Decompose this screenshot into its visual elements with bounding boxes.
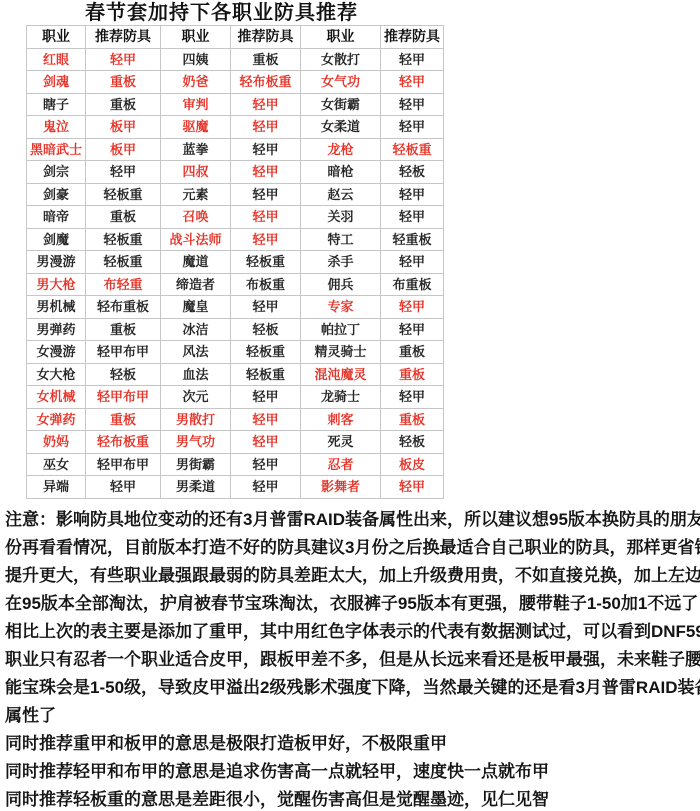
armor-cell: 轻甲 [381, 93, 444, 116]
note-line: 注意：影响防具地位变动的还有3月普雷RAID装备属性出来，所以建议想95版本换防… [5, 506, 698, 534]
armor-cell: 轻甲 [231, 296, 301, 319]
armor-cell: 轻甲 [231, 453, 301, 476]
armor-cell: 轻板 [231, 318, 301, 341]
table-row: 奶妈轻布板重男气功轻甲死灵轻板 [27, 431, 444, 454]
job-cell: 瞎子 [27, 93, 86, 116]
table-row: 暗帝重板召唤轻甲关羽轻甲 [27, 206, 444, 229]
armor-cell: 轻板重 [86, 183, 161, 206]
table-row: 男机械轻布重板魔皇轻甲专家轻甲 [27, 296, 444, 319]
note-line: 同时推荐轻板重的意思是差距很小，觉醒伤害高但是觉醒墨迹，见仁见智 [5, 786, 698, 811]
armor-cell: 轻甲 [381, 71, 444, 94]
job-cell: 魔皇 [161, 296, 231, 319]
job-cell: 战斗法师 [161, 228, 231, 251]
job-cell: 女散打 [301, 48, 381, 71]
armor-cell: 轻布板重 [86, 431, 161, 454]
table-row: 剑宗轻甲四叔轻甲暗枪轻板 [27, 161, 444, 184]
armor-cell: 轻甲 [231, 431, 301, 454]
armor-cell: 轻甲 [381, 476, 444, 499]
note-line: 相比上次的表主要是添加了重甲，其中用红色字体表示的代表有数据测试过，可以看到DN… [5, 618, 698, 646]
armor-cell: 轻甲布甲 [86, 386, 161, 409]
table-row: 女弹药重板男散打轻甲刺客重板 [27, 408, 444, 431]
job-cell: 四姨 [161, 48, 231, 71]
table-row: 剑魔轻板重战斗法师轻甲特工轻重板 [27, 228, 444, 251]
job-cell: 魔道 [161, 251, 231, 274]
job-cell: 召唤 [161, 206, 231, 229]
table-row: 红眼轻甲四姨重板女散打轻甲 [27, 48, 444, 71]
table-row: 女机械轻甲布甲次元轻甲龙骑士轻甲 [27, 386, 444, 409]
armor-cell: 轻甲 [381, 296, 444, 319]
page: 春节套加持下各职业防具推荐 职业推荐防具职业推荐防具职业推荐防具 红眼轻甲四姨重… [0, 0, 700, 811]
note-line: 提升更大，有些职业最强跟最弱的防具差距太大，加上升级费用贵，不如直接兑换，加上左… [5, 562, 698, 590]
job-cell: 蓝拳 [161, 138, 231, 161]
armor-cell: 布板重 [231, 273, 301, 296]
table-header-cell: 推荐防具 [231, 26, 301, 49]
armor-cell: 轻甲 [231, 228, 301, 251]
job-cell: 血法 [161, 363, 231, 386]
table-row: 女大枪轻板血法轻板重混沌魔灵重板 [27, 363, 444, 386]
job-cell: 专家 [301, 296, 381, 319]
note-line: 职业只有忍者一个职业适合皮甲，跟板甲差不多，但是从长远来看还是板甲最强，未来鞋子… [5, 646, 698, 674]
armor-cell: 轻板重 [231, 341, 301, 364]
armor-cell: 轻甲 [381, 318, 444, 341]
job-cell: 男机械 [27, 296, 86, 319]
job-cell: 审判 [161, 93, 231, 116]
armor-cell: 轻甲 [231, 138, 301, 161]
job-cell: 女街霸 [301, 93, 381, 116]
note-line: 在95版本全部淘汰，护肩被春节宝珠淘汰，衣服裤子95版本有更强，腰带鞋子1-50… [5, 590, 698, 618]
job-cell: 冰洁 [161, 318, 231, 341]
armor-cell: 轻布重板 [86, 296, 161, 319]
job-cell: 驱魔 [161, 116, 231, 139]
job-cell: 佣兵 [301, 273, 381, 296]
job-cell: 精灵骑士 [301, 341, 381, 364]
job-cell: 龙枪 [301, 138, 381, 161]
armor-cell: 轻甲 [231, 408, 301, 431]
note-line: 能宝珠会是1-50级，导致皮甲溢出2级残影术强度下降，当然最关键的还是看3月普雷… [5, 674, 698, 702]
job-cell: 鬼泣 [27, 116, 86, 139]
armor-cell: 轻板 [86, 363, 161, 386]
armor-cell: 重板 [86, 93, 161, 116]
job-cell: 混沌魔灵 [301, 363, 381, 386]
table-header-cell: 推荐防具 [86, 26, 161, 49]
job-cell: 帕拉丁 [301, 318, 381, 341]
job-cell: 剑宗 [27, 161, 86, 184]
armor-cell: 轻甲 [231, 183, 301, 206]
job-cell: 风法 [161, 341, 231, 364]
armor-cell: 重板 [231, 48, 301, 71]
note-line: 属性了 [5, 702, 698, 730]
armor-cell: 重板 [86, 318, 161, 341]
armor-cell: 重板 [381, 363, 444, 386]
table-row: 巫女轻甲布甲男街霸轻甲忍者板皮 [27, 453, 444, 476]
job-cell: 巫女 [27, 453, 86, 476]
note-line: 同时推荐轻甲和布甲的意思是追求伤害高一点就轻甲，速度快一点就布甲 [5, 758, 698, 786]
job-cell: 剑豪 [27, 183, 86, 206]
armor-cell: 轻甲 [381, 386, 444, 409]
job-cell: 元素 [161, 183, 231, 206]
job-cell: 男弹药 [27, 318, 86, 341]
armor-cell: 板皮 [381, 453, 444, 476]
table-row: 黑暗武士板甲蓝拳轻甲龙枪轻板重 [27, 138, 444, 161]
armor-cell: 轻甲 [231, 161, 301, 184]
note-line: 同时推荐重甲和板甲的意思是极限打造板甲好，不极限重甲 [5, 730, 698, 758]
job-cell: 女漫游 [27, 341, 86, 364]
armor-cell: 轻板重 [231, 363, 301, 386]
armor-cell: 轻甲 [381, 48, 444, 71]
armor-cell: 轻甲 [86, 476, 161, 499]
armor-cell: 轻甲 [381, 206, 444, 229]
armor-cell: 轻布板重 [231, 71, 301, 94]
armor-cell: 布轻重 [86, 273, 161, 296]
table-row: 剑豪轻板重元素轻甲赵云轻甲 [27, 183, 444, 206]
table-header-cell: 推荐防具 [381, 26, 444, 49]
job-cell: 红眼 [27, 48, 86, 71]
armor-cell: 重板 [86, 71, 161, 94]
job-cell: 缔造者 [161, 273, 231, 296]
armor-cell: 重板 [381, 341, 444, 364]
job-cell: 男气功 [161, 431, 231, 454]
job-cell: 奶爸 [161, 71, 231, 94]
armor-cell: 轻甲 [231, 476, 301, 499]
armor-cell: 轻板重 [231, 251, 301, 274]
job-cell: 赵云 [301, 183, 381, 206]
armor-cell: 轻甲 [231, 93, 301, 116]
armor-cell: 轻甲 [381, 116, 444, 139]
armor-cell: 轻甲 [86, 161, 161, 184]
job-cell: 男柔道 [161, 476, 231, 499]
table-row: 男弹药重板冰洁轻板帕拉丁轻甲 [27, 318, 444, 341]
armor-cell: 轻板 [381, 431, 444, 454]
armor-cell: 轻甲布甲 [86, 341, 161, 364]
job-cell: 女气功 [301, 71, 381, 94]
table-header-cell: 职业 [301, 26, 381, 49]
job-cell: 影舞者 [301, 476, 381, 499]
table-row: 瞎子重板审判轻甲女街霸轻甲 [27, 93, 444, 116]
table-row: 鬼泣板甲驱魔轻甲女柔道轻甲 [27, 116, 444, 139]
job-cell: 暗帝 [27, 206, 86, 229]
armor-cell: 布重板 [381, 273, 444, 296]
job-cell: 男漫游 [27, 251, 86, 274]
job-cell: 次元 [161, 386, 231, 409]
armor-cell: 板甲 [86, 138, 161, 161]
armor-cell: 重板 [381, 408, 444, 431]
job-cell: 黑暗武士 [27, 138, 86, 161]
armor-cell: 重板 [86, 408, 161, 431]
job-cell: 关羽 [301, 206, 381, 229]
armor-cell: 轻板 [381, 161, 444, 184]
job-cell: 忍者 [301, 453, 381, 476]
armor-cell: 轻甲布甲 [86, 453, 161, 476]
table-header-cell: 职业 [27, 26, 86, 49]
job-cell: 死灵 [301, 431, 381, 454]
armor-recommendation-table: 职业推荐防具职业推荐防具职业推荐防具 红眼轻甲四姨重板女散打轻甲剑魂重板奶爸轻布… [26, 25, 444, 499]
armor-cell: 轻甲 [381, 183, 444, 206]
job-cell: 异端 [27, 476, 86, 499]
armor-cell: 轻甲 [231, 386, 301, 409]
job-cell: 女弹药 [27, 408, 86, 431]
page-title: 春节套加持下各职业防具推荐 [0, 0, 443, 25]
armor-cell: 轻板重 [86, 228, 161, 251]
job-cell: 龙骑士 [301, 386, 381, 409]
armor-cell: 轻重板 [381, 228, 444, 251]
table-row: 男漫游轻板重魔道轻板重杀手轻甲 [27, 251, 444, 274]
job-cell: 剑魂 [27, 71, 86, 94]
table-row: 女漫游轻甲布甲风法轻板重精灵骑士重板 [27, 341, 444, 364]
job-cell: 男散打 [161, 408, 231, 431]
job-cell: 女机械 [27, 386, 86, 409]
notes-block: 注意：影响防具地位变动的还有3月普雷RAID装备属性出来，所以建议想95版本换防… [5, 506, 698, 811]
table-header-cell: 职业 [161, 26, 231, 49]
job-cell: 刺客 [301, 408, 381, 431]
armor-cell: 重板 [86, 206, 161, 229]
armor-cell: 轻甲 [86, 48, 161, 71]
job-cell: 剑魔 [27, 228, 86, 251]
armor-cell: 轻板重 [381, 138, 444, 161]
table-header-row: 职业推荐防具职业推荐防具职业推荐防具 [27, 26, 444, 49]
job-cell: 特工 [301, 228, 381, 251]
job-cell: 暗枪 [301, 161, 381, 184]
armor-cell: 轻甲 [231, 116, 301, 139]
note-line: 份再看看情况，目前版本打造不好的防具建议3月份之后换最适合自己职业的防具，那样更… [5, 534, 698, 562]
table-row: 男大枪布轻重缔造者布板重佣兵布重板 [27, 273, 444, 296]
armor-cell: 轻甲 [231, 206, 301, 229]
job-cell: 女柔道 [301, 116, 381, 139]
armor-cell: 板甲 [86, 116, 161, 139]
job-cell: 男大枪 [27, 273, 86, 296]
job-cell: 奶妈 [27, 431, 86, 454]
job-cell: 四叔 [161, 161, 231, 184]
job-cell: 男街霸 [161, 453, 231, 476]
job-cell: 女大枪 [27, 363, 86, 386]
table-row: 异端轻甲男柔道轻甲影舞者轻甲 [27, 476, 444, 499]
armor-cell: 轻板重 [86, 251, 161, 274]
table-row: 剑魂重板奶爸轻布板重女气功轻甲 [27, 71, 444, 94]
job-cell: 杀手 [301, 251, 381, 274]
armor-cell: 轻甲 [381, 251, 444, 274]
